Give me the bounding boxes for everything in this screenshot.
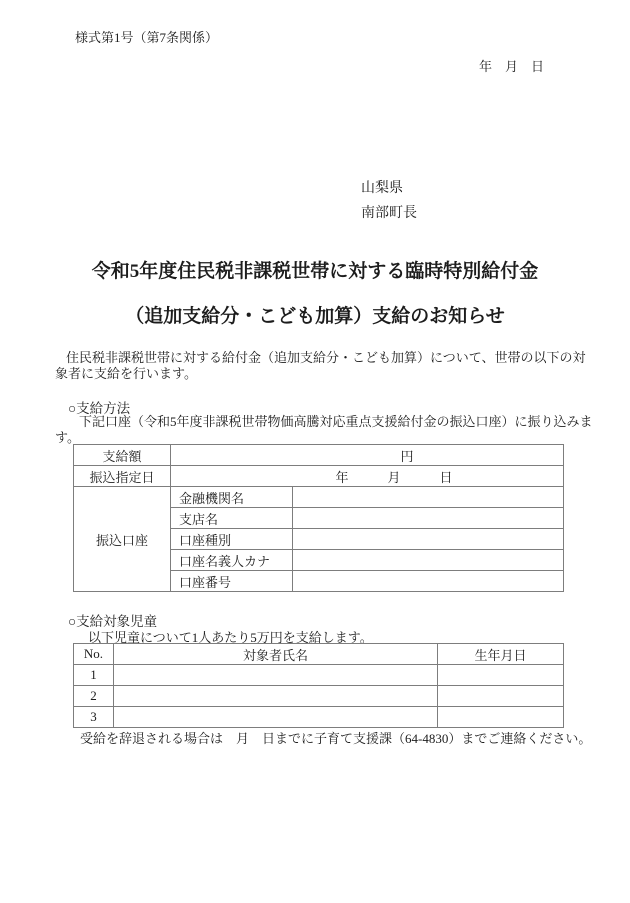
intro-line: 住民税非課税世帯に対する給付金（追加支給分・こども加算）について、世帯の以下の対 [55, 350, 585, 366]
bank-name-label: 金融機関名 [171, 487, 293, 508]
document-page: 様式第1号（第7条関係） 年 月 日 山梨県 南部町長 令和5年度住民税非課税世… [0, 0, 630, 903]
children-col-birthdate: 生年月日 [438, 644, 564, 665]
children-table-row: 3 [74, 707, 564, 728]
child-birthdate-cell [438, 707, 564, 728]
child-name-cell [114, 665, 438, 686]
branch-name-value [293, 508, 564, 529]
document-title: 令和5年度住民税非課税世帯に対する臨時特別給付金 （追加支給分・こども加算）支給… [0, 261, 630, 327]
payment-date-label: 振込指定日 [74, 466, 171, 487]
account-holder-kana-label: 口座名義人カナ [171, 550, 293, 571]
children-col-no: No. [74, 644, 114, 665]
bank-account-label: 振込口座 [74, 487, 171, 592]
form-number: 様式第1号（第7条関係） [75, 27, 218, 46]
child-row-number: 3 [74, 707, 114, 728]
payment-amount-row: 支給額 円 [74, 445, 564, 466]
branch-name-label: 支店名 [171, 508, 293, 529]
child-name-cell [114, 707, 438, 728]
account-holder-kana-value [293, 550, 564, 571]
bank-account-row: 振込口座 金融機関名 [74, 487, 564, 508]
intro-paragraph: 住民税非課税世帯に対する給付金（追加支給分・こども加算）について、世帯の以下の対… [55, 350, 585, 382]
date-line: 年 月 日 [479, 56, 544, 75]
payment-amount-value: 円 [171, 445, 564, 466]
children-table-row: 1 [74, 665, 564, 686]
payment-table: 支給額 円 振込指定日 年 月 日 振込口座 金融機関名 支店名 口座種別 口座… [73, 444, 564, 592]
payment-date-value: 年 月 日 [171, 466, 564, 487]
payment-method-description: 下記口座（令和5年度非課税世帯物価高騰対応重点支援給付金の振込口座）に振り込みま… [55, 414, 593, 446]
issuer-block: 山梨県 南部町長 [361, 176, 417, 226]
payment-amount-label: 支給額 [74, 445, 171, 466]
decline-contact-note: 受給を辞退される場合は 月 日までに子育て支援課（64-4830）までご連絡くだ… [80, 728, 591, 747]
child-row-number: 1 [74, 665, 114, 686]
payment-method-desc-line: 下記口座（令和5年度非課税世帯物価高騰対応重点支援給付金の振込口座）に振り込みま [55, 414, 593, 430]
children-col-name: 対象者氏名 [114, 644, 438, 665]
intro-line: 象者に支給を行います。 [55, 366, 585, 382]
children-table-row: 2 [74, 686, 564, 707]
child-birthdate-cell [438, 686, 564, 707]
issuer-mayor: 南部町長 [361, 201, 417, 226]
account-type-label: 口座種別 [171, 529, 293, 550]
child-birthdate-cell [438, 665, 564, 686]
issuer-prefecture: 山梨県 [361, 176, 417, 201]
eligible-children-table: No. 対象者氏名 生年月日 1 2 3 [73, 643, 564, 728]
payment-date-row: 振込指定日 年 月 日 [74, 466, 564, 487]
account-number-value [293, 571, 564, 592]
account-type-value [293, 529, 564, 550]
child-name-cell [114, 686, 438, 707]
account-number-label: 口座番号 [171, 571, 293, 592]
child-row-number: 2 [74, 686, 114, 707]
document-title-line1: 令和5年度住民税非課税世帯に対する臨時特別給付金 [0, 261, 630, 282]
children-table-header-row: No. 対象者氏名 生年月日 [74, 644, 564, 665]
document-title-line2: （追加支給分・こども加算）支給のお知らせ [0, 306, 630, 327]
bank-name-value [293, 487, 564, 508]
